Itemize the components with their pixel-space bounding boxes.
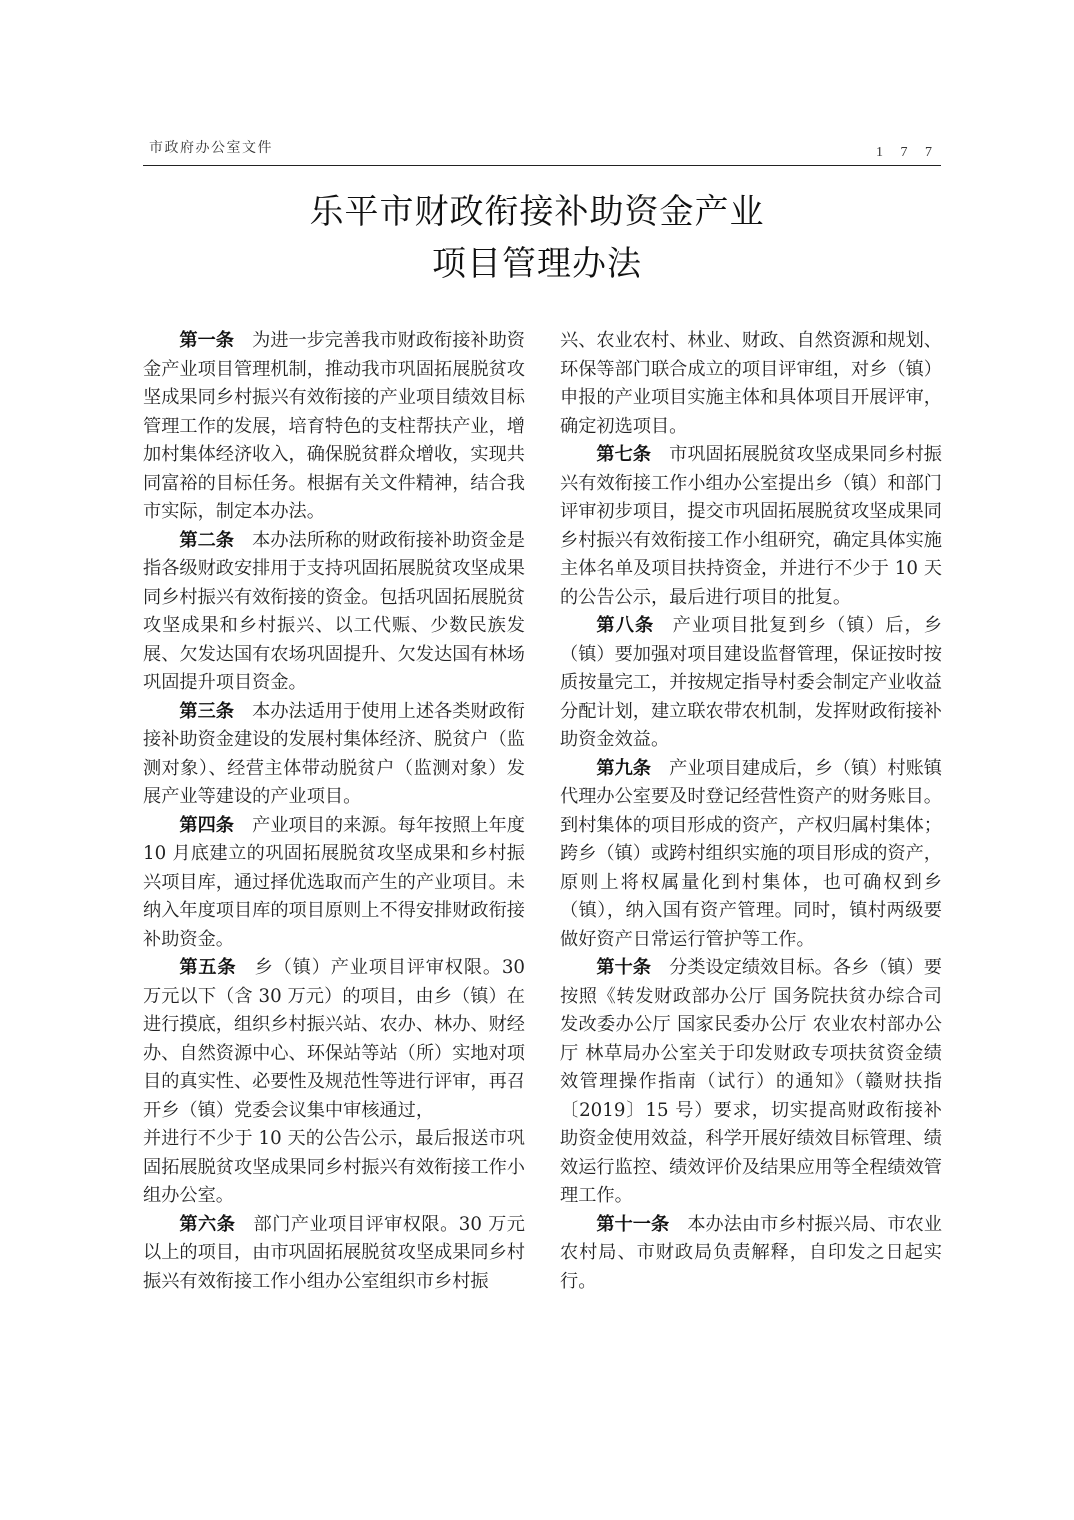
article-label: 第八条: [596, 615, 654, 636]
title-line-1: 乐平市财政衔接补助资金产业: [0, 186, 1074, 238]
article-label: 第五条: [179, 957, 236, 978]
article-8: 第八条产业项目批复到乡（镇）后，乡（镇）要加强对项目建设监督管理，保证按时按质按…: [560, 612, 942, 755]
article-10: 第十条分类设定绩效目标。各乡（镇）要按照《转发财政部办公厅 国务院扶贫办综合司 …: [560, 954, 942, 1211]
right-column: 兴、农业农村、林业、财政、自然资源和规划、环保等部门联合成立的项目评审组，对乡（…: [560, 327, 942, 1296]
article-label: 第十一条: [596, 1214, 669, 1235]
article-label: 第十条: [596, 957, 651, 978]
header-source: 市政府办公室文件: [149, 137, 273, 157]
article-label: 第三条: [179, 701, 234, 722]
article-label: 第六条: [179, 1214, 235, 1235]
article-5-continuation: 并进行不少于 10 天的公告公示，最后报送市巩固拓展脱贫攻坚成果同乡村振兴有效衔…: [143, 1125, 525, 1211]
article-text: 分类设定绩效目标。各乡（镇）要按照《转发财政部办公厅 国务院扶贫办综合司 发改委…: [560, 957, 942, 1206]
article-4: 第四条产业项目的来源。每年按照上年度 10 月底建立的巩固拓展脱贫攻坚成果和乡村…: [143, 812, 525, 955]
article-label: 第一条: [179, 330, 234, 351]
article-text: 为进一步完善我市财政衔接补助资金产业项目管理机制，推动我市巩固拓展脱贫攻坚成果同…: [143, 330, 525, 522]
article-6: 第六条部门产业项目评审权限。30 万元以上的项目，由市巩固拓展脱贫攻坚成果同乡村…: [143, 1211, 525, 1297]
page-header: 市政府办公室文件 1 7 7: [143, 135, 941, 166]
article-text: 乡（镇）产业项目评审权限。30 万元以下（含 30 万元）的项目，由乡（镇）在进…: [143, 957, 525, 1121]
title-line-2: 项目管理办法: [0, 238, 1074, 290]
article-11: 第十一条本办法由市乡村振兴局、市农业农村局、市财政局负责解释，自印发之日起实行。: [560, 1211, 942, 1297]
article-label: 第二条: [179, 530, 234, 551]
document-title: 乐平市财政衔接补助资金产业 项目管理办法: [0, 186, 1074, 290]
article-7: 第七条市巩固拓展脱贫攻坚成果同乡村振兴有效衔接工作小组办公室提出乡（镇）和部门评…: [560, 441, 942, 612]
article-label: 第七条: [596, 444, 651, 465]
article-6-continued: 兴、农业农村、林业、财政、自然资源和规划、环保等部门联合成立的项目评审组，对乡（…: [560, 327, 942, 441]
article-text: 市巩固拓展脱贫攻坚成果同乡村振兴有效衔接工作小组办公室提出乡（镇）和部门评审初步…: [560, 444, 942, 608]
article-3: 第三条本办法适用于使用上述各类财政衔接补助资金建设的发展村集体经济、脱贫户（监测…: [143, 698, 525, 812]
article-1: 第一条为进一步完善我市财政衔接补助资金产业项目管理机制，推动我市巩固拓展脱贫攻坚…: [143, 327, 525, 527]
article-label: 第九条: [596, 758, 651, 779]
article-9: 第九条产业项目建成后，乡（镇）村账镇代理办公室要及时登记经营性资产的财务账目。到…: [560, 755, 942, 955]
left-column: 第一条为进一步完善我市财政衔接补助资金产业项目管理机制，推动我市巩固拓展脱贫攻坚…: [143, 327, 525, 1296]
article-text: 产业项目建成后，乡（镇）村账镇代理办公室要及时登记经营性资产的财务账目。到村集体…: [560, 758, 942, 950]
article-text: 本办法所称的财政衔接补助资金是指各级财政安排用于支持巩固拓展脱贫攻坚成果同乡村振…: [143, 530, 525, 694]
article-5: 第五条乡（镇）产业项目评审权限。30 万元以下（含 30 万元）的项目，由乡（镇…: [143, 954, 525, 1125]
article-label: 第四条: [179, 815, 234, 836]
page-number: 1 7 7: [876, 145, 939, 161]
article-2: 第二条本办法所称的财政衔接补助资金是指各级财政安排用于支持巩固拓展脱贫攻坚成果同…: [143, 527, 525, 698]
